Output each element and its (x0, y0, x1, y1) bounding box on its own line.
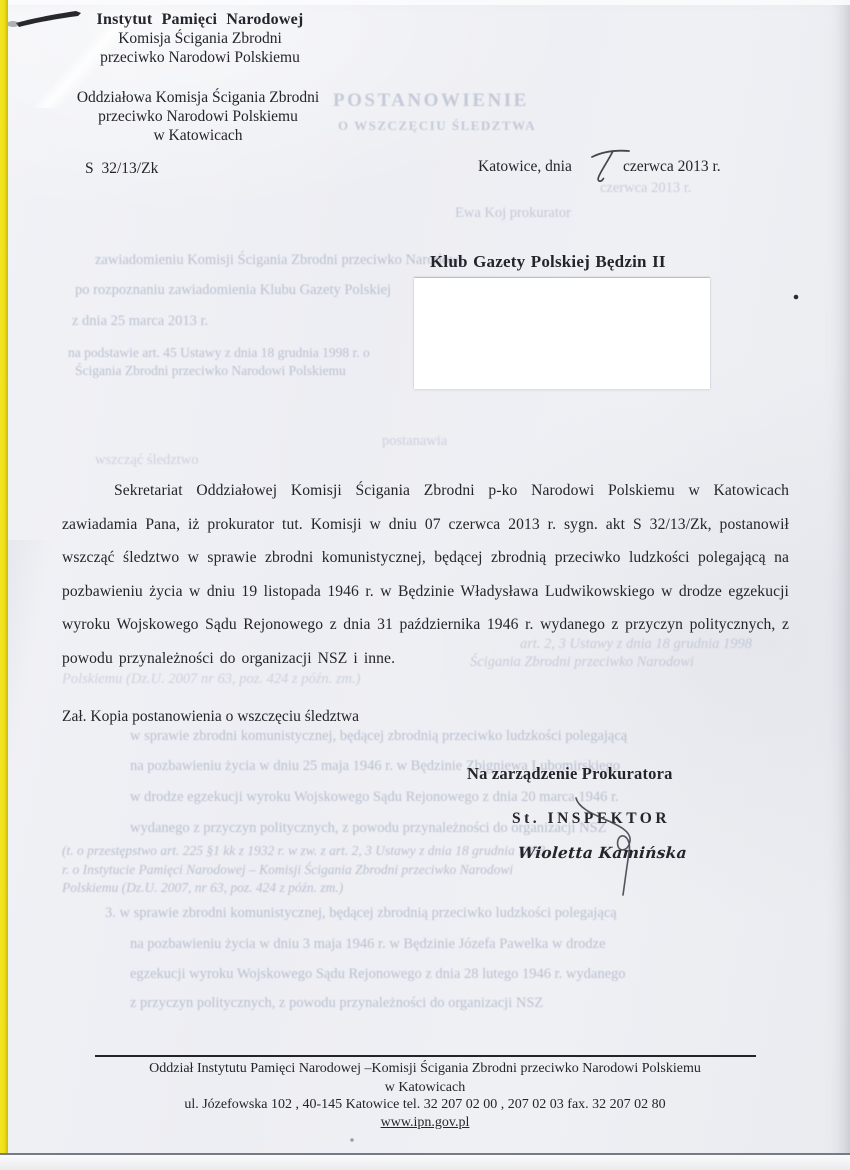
bleedthrough-line: zawiadomieniu Komisji Ścigania Zbrodni p… (95, 252, 463, 269)
bleedthrough-line: na pozbawieniu życia w dniu 3 maja 1946 … (130, 936, 606, 953)
letterhead-branch: Oddziałowa Komisja Ścigania Zbrodni prze… (48, 88, 348, 145)
footer-city-line: w Katowicach (0, 1080, 850, 1096)
footer-website: www.ipn.gov.pl (0, 1115, 850, 1131)
scan-top-edge (0, 0, 850, 5)
bleedthrough-line: 3. w sprawie zbrodni komunistycznej, będ… (105, 905, 617, 922)
ink-speck (794, 295, 799, 300)
letterhead-branch-line2: przeciwko Narodowi Polskiemu (48, 107, 348, 126)
letterhead-branch-line1: Oddziałowa Komisja Ścigania Zbrodni (48, 88, 348, 107)
scanned-letter-page: POSTANOWIENIE O WSZCZĘCIU ŚLEDZTWA czerw… (0, 0, 850, 1170)
signoff-name: Wioletta Kamińska (517, 843, 687, 862)
addressee: Klub Gazety Polskiej Będzin II (430, 252, 666, 272)
bleedthrough-line: po rozpoznaniu zawiadomienia Klubu Gazet… (75, 282, 391, 299)
bleedthrough-line: Ścigania Zbrodni przeciwko Narodowi Pols… (75, 363, 346, 379)
footer-rule (95, 1055, 756, 1057)
bleedthrough-line: na podstawie art. 45 Ustawy z dnia 18 gr… (68, 345, 370, 361)
bleedthrough-line: (t. o przestępstwo art. 225 §1 kk z 1932… (62, 843, 545, 859)
body-paragraph: Sekretariat Oddziałowej Komisji Ścigania… (62, 474, 789, 675)
bleedthrough-line: w drodze egzekucji wyroku Wojskowego Sąd… (130, 789, 619, 806)
footer-org-line: Oddział Instytutu Pamięci Narodowej –Kom… (0, 1061, 850, 1077)
case-number: S 32/13/Zk (85, 160, 158, 178)
bleedthrough-line: egzekucji wyroku Wojskowego Sądu Rejonow… (130, 966, 626, 983)
bleedthrough-line: r. o Instytucie Pamięci Narodowej – Komi… (62, 862, 513, 878)
bleedthrough-line: z przyczyn politycznych, z powodu przyna… (130, 995, 543, 1012)
bleedthrough-prosecutor: Ewa Koj prokurator (455, 205, 571, 222)
scanner-edge-strip (0, 0, 8, 1170)
ink-speck (350, 1138, 354, 1142)
letterhead-org-name: Instytut Pamięci Narodowej (55, 10, 345, 29)
signoff-title: St. INSPEKTOR (512, 810, 670, 828)
letterhead-branch-line3: w Katowicach (48, 126, 348, 145)
bleedthrough-line: w sprawie zbrodni komunistycznej, będące… (130, 728, 627, 745)
bleedthrough-line: postanawia (382, 433, 447, 450)
footer-address-line: ul. Józefowska 102 , 40-145 Katowice tel… (0, 1097, 850, 1113)
date-place-prefix: Katowice, dnia (478, 158, 572, 176)
handwritten-day-mark (598, 151, 613, 181)
bleedthrough-subheading: O WSZCZĘCIU ŚLEDZTWA (338, 118, 536, 134)
enclosure-note: Zał. Kopia postanowienia o wszczęciu śle… (62, 708, 359, 726)
redaction-box (414, 278, 710, 389)
bleedthrough-heading: POSTANOWIENIE (333, 90, 529, 112)
handwritten-day-mark (592, 151, 629, 157)
letterhead-org-line3: przeciwko Narodowi Polskiemu (55, 48, 345, 67)
letterhead-institution: Instytut Pamięci Narodowej Komisja Ściga… (55, 10, 345, 67)
letterhead-org-line2: Komisja Ścigania Zbrodni (55, 29, 345, 48)
bleedthrough-line: z dnia 25 marca 2013 r. (72, 313, 208, 330)
date-suffix: czerwca 2013 r. (623, 158, 721, 176)
scan-bottom-strip (0, 1155, 850, 1170)
bleedthrough-date: czerwca 2013 r. (600, 180, 691, 197)
signoff-authority: Na zarządzenie Prokuratora (467, 764, 673, 784)
bleedthrough-line: wszcząć śledztwo (95, 452, 198, 469)
bleedthrough-line: Polskiemu (Dz.U. 2007, nr 63, poz. 424 z… (62, 880, 343, 896)
